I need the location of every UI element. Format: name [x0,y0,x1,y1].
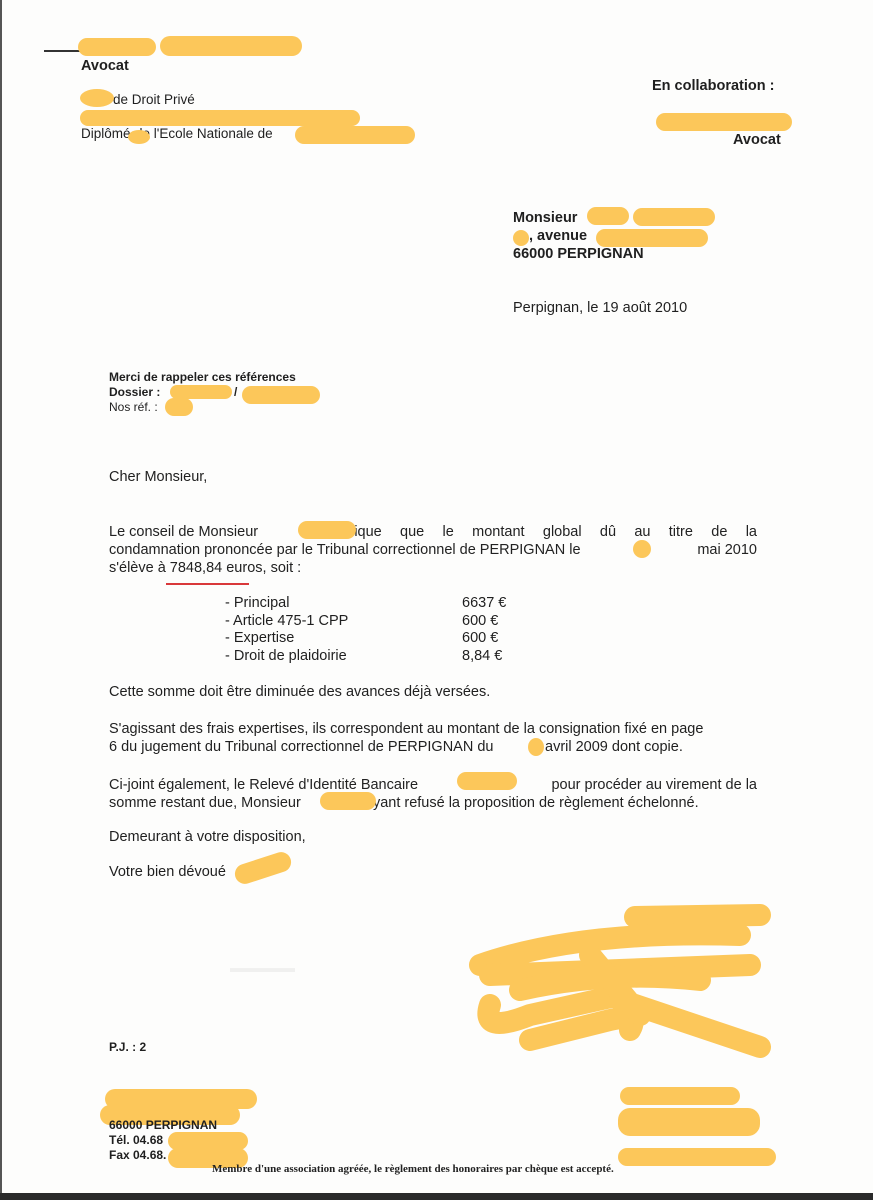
ghost-text: ▬▬▬▬▬ [230,960,295,975]
breakdown-row: - Droit de plaidoirie8,84 € [225,648,506,666]
footer-fax: Fax 04.68. [109,1148,166,1162]
text: pour procéder au virement de la [488,776,757,794]
breakdown-amount: 600 € [462,613,498,631]
breakdown-label: - Expertise [225,630,462,648]
nos-ref-label: Nos réf. : [109,400,158,414]
redaction [596,229,708,247]
dossier-label: Dossier : [109,385,160,399]
redaction [513,230,529,246]
redaction [457,772,517,790]
redaction [242,386,320,404]
redaction [298,521,356,539]
redaction [295,126,415,144]
breakdown-row: - Article 475-1 CPP600 € [225,613,506,631]
redaction [587,207,629,225]
breakdown-amount: 8,84 € [462,648,502,666]
redaction [80,89,114,107]
signature-redaction [460,895,780,1065]
letter-date: Perpignan, le 19 août 2010 [513,300,687,316]
footer-note: Membre d'une association agréée, le règl… [212,1163,614,1175]
text: ayant refusé la proposition de règlement… [365,795,699,811]
breakdown-amount: 6637 € [462,595,506,613]
redaction [80,110,360,126]
paragraph-expertise-line2: 6 du jugement du Tribunal correctionnel … [109,739,493,755]
amount-breakdown: - Principal6637 € - Article 475-1 CPP600… [225,595,506,665]
paragraph-expertise-line1: S'agissant des frais expertises, ils cor… [109,721,703,737]
recipient-name: Monsieur [513,210,577,226]
breakdown-label: - Article 475-1 CPP [225,613,462,631]
redaction [320,792,376,810]
breakdown-amount: 600 € [462,630,498,648]
breakdown-label: - Principal [225,595,462,613]
redaction [232,850,293,887]
closing-line: Demeurant à votre disposition, [109,829,306,845]
text: Ci-joint également, le Relevé d'Identité… [109,776,418,794]
recipient-street: , avenue [529,228,587,244]
paragraph-rib: Ci-joint également, le Relevé d'Identité… [109,776,757,812]
redaction [78,38,156,56]
signature-line: Votre bien dévoué [109,864,226,880]
total-amount-text: s'élève à 7848,84 euros, soit : [109,560,301,576]
redaction [618,1148,776,1166]
redaction [633,208,715,226]
breakdown-row: - Principal6637 € [225,595,506,613]
collaboration-heading: En collaboration : [652,78,774,94]
scan-left-edge [0,0,2,1200]
text: mai 2010 [697,541,757,559]
redaction [528,738,544,756]
letterhead-line2: de l'Ecole Nationale de [135,126,273,141]
references-heading: Merci de rappeler ces références [109,370,296,384]
footer-city: 66000 PERPIGNAN [109,1118,217,1132]
redaction [656,113,792,131]
collaboration-title: Avocat [733,132,781,148]
paragraph-expertise-line2b: avril 2009 dont copie. [545,739,683,755]
highlight-underline [166,583,249,585]
salutation: Cher Monsieur, [109,469,207,485]
paragraph-amount: Le conseil de Monsieur m'indique que le … [109,523,757,577]
letterhead-line1: de Droit Privé [113,92,195,107]
redaction [633,540,651,558]
paragraph-advances: Cette somme doit être diminuée des avanc… [109,684,490,700]
scan-bottom-edge [0,1193,873,1200]
redaction [620,1087,740,1105]
redaction [170,385,232,399]
redaction [160,36,302,56]
letterhead-title: Avocat [81,58,129,74]
footer-tel: Tél. 04.68 [109,1133,163,1147]
dossier-separator: / [234,385,237,399]
recipient-city: 66000 PERPIGNAN [513,246,644,262]
redaction [128,130,150,144]
text: m'indique que le montant global dû au ti… [320,523,757,541]
text: condamnation prononcée par le Tribunal c… [109,541,581,559]
text: somme restant due, Monsieur [109,795,301,811]
redaction [165,398,193,416]
attachments-count: P.J. : 2 [109,1040,146,1054]
redaction [618,1108,760,1136]
text: Le conseil de Monsieur [109,523,258,541]
letterhead-line2-prefix: Diplômé [81,126,131,141]
breakdown-row: - Expertise600 € [225,630,506,648]
breakdown-label: - Droit de plaidoirie [225,648,462,666]
